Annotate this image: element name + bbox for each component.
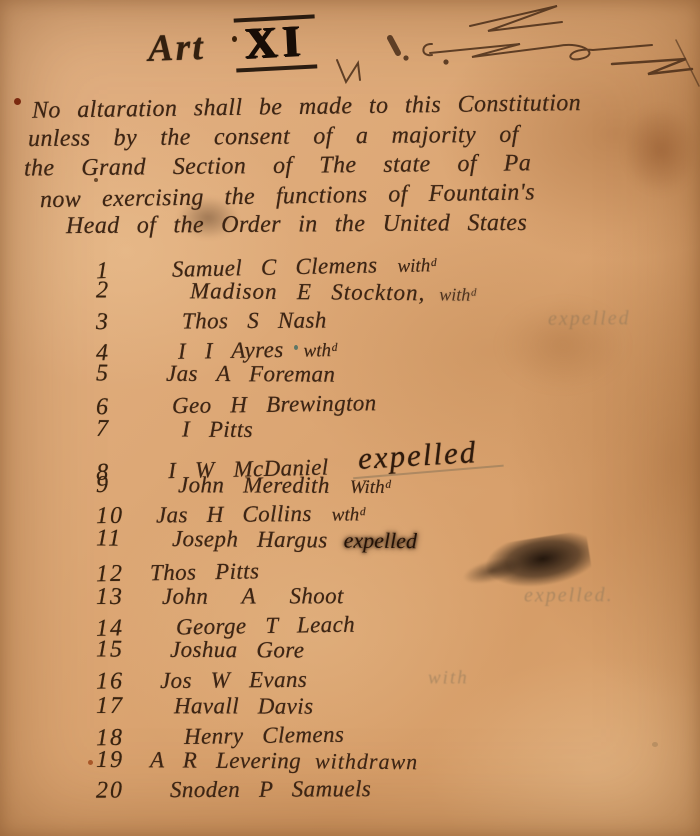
article-title-script: Art (147, 26, 205, 70)
roster-number: 17 (96, 692, 138, 719)
ink-speck (294, 345, 298, 350)
ink-speck (14, 98, 21, 105)
roster-name: John A Shoot (162, 583, 344, 609)
roster-name: Madison E Stockton, (190, 278, 426, 305)
roster-annotation: expelled. (524, 584, 614, 607)
article-numeral: XI (233, 14, 317, 72)
roster-annotation: withdrawn (315, 748, 418, 774)
roster-number: 3 (96, 309, 138, 336)
roster-number: 7 (96, 415, 138, 442)
roster-number: 20 (96, 778, 138, 805)
roster-number: 5 (96, 361, 138, 388)
roster-name: Geo H Brewington (172, 390, 377, 418)
amendment-clause: No altaration shall be made to this Cons… (18, 92, 700, 240)
article-title: Art XI (147, 15, 316, 75)
paper-stain (498, 300, 628, 390)
roster-name: Samuel C Clemens (172, 252, 378, 281)
roster-name: Henry Clemens (184, 722, 345, 749)
roster-name: Joseph Hargus (172, 526, 328, 552)
roster-annotation: expelled (357, 434, 478, 477)
roster-name: George T Leach (176, 611, 355, 639)
roster-number: 2 (96, 277, 138, 304)
roster-name: I I Ayres (178, 337, 284, 364)
roster-name: Joshua Gore (170, 637, 305, 663)
manuscript-page: Art XI No altaration shall be made to th… (0, 0, 700, 836)
ink-speck (94, 178, 98, 182)
roster-name: Thos S Nash (182, 308, 327, 334)
roster-annotation: withᵈ (439, 284, 476, 304)
roster-name: Jas H Collins (156, 501, 312, 528)
roster-number: 16 (96, 668, 138, 695)
roster-row: 15Joshua Gore (96, 637, 696, 668)
roster-annotation: wthᵈ (332, 505, 366, 526)
ink-speck (88, 760, 93, 765)
roster-row: 16Jos W Evanswith (96, 663, 696, 696)
roster-annotation: wthᵈ (303, 340, 337, 362)
roster-name: A R Levering (150, 747, 301, 773)
roster-number: 19 (96, 747, 138, 774)
roster-name: Thos Pitts (150, 558, 260, 585)
paper-stain (622, 104, 700, 196)
roster-annotation: Withᵈ (350, 477, 391, 498)
roster-number: 13 (96, 584, 138, 611)
roster-number: 15 (96, 637, 138, 664)
roster-name: Jos W Evans (160, 667, 307, 693)
roster-name: Jas A Foreman (166, 361, 335, 387)
ink-speck (232, 36, 237, 42)
roster-annotation: withᵈ (397, 255, 436, 277)
roster-name: Havall Davis (174, 693, 314, 718)
roster-number: 11 (96, 525, 138, 552)
roster-name: John Meredith (178, 472, 330, 498)
roster-annotation: expelled (344, 527, 418, 553)
clause-line: Head of the Order in the United States (18, 208, 700, 242)
ink-speck (652, 742, 658, 747)
roster-row: 20Snoden P Samuels (96, 775, 696, 806)
roster-name: I Pitts (182, 416, 253, 441)
roster-row: 19A R Leveringwithdrawn (96, 747, 696, 779)
ink-smudge (176, 196, 240, 240)
roster-name: Snoden P Samuels (170, 776, 371, 802)
roster-annotation: with (428, 667, 469, 689)
roster-number: 9 (96, 472, 138, 499)
